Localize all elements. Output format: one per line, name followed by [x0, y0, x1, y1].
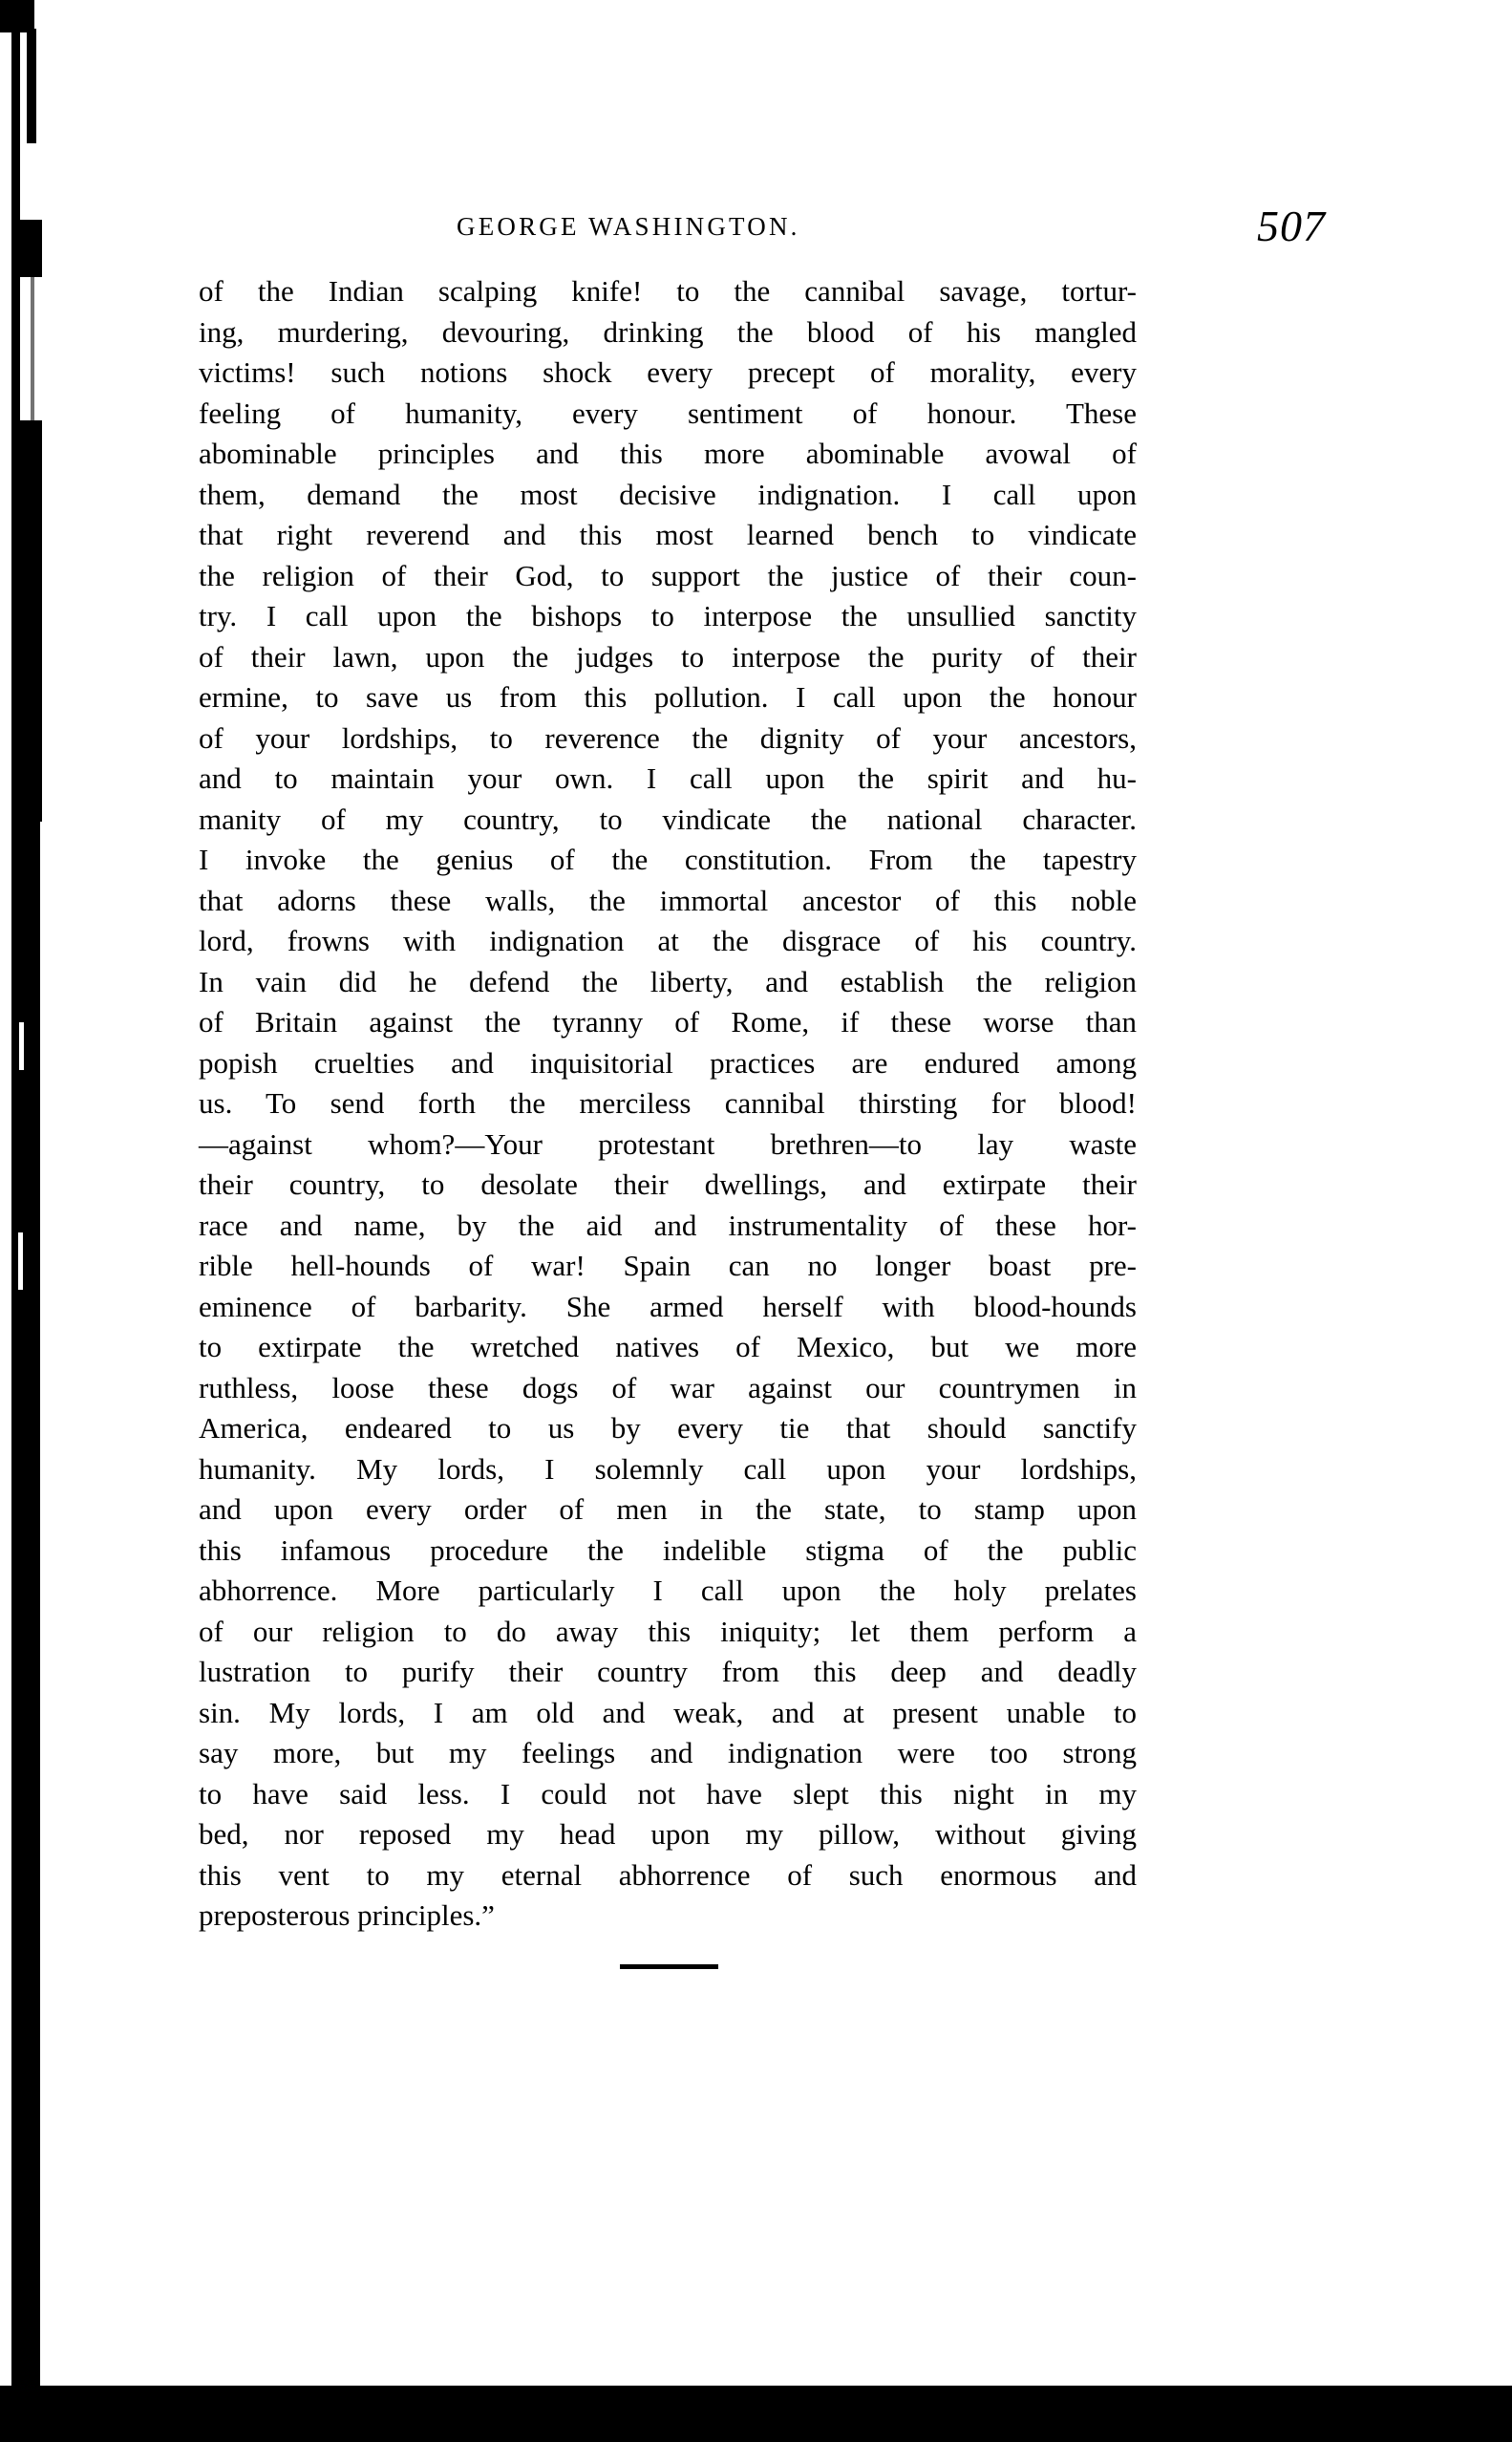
text-line: eminence of barbarity. She armed herself…	[199, 1289, 1137, 1330]
text-line: and to maintain your own. I call upon th…	[199, 760, 1137, 802]
section-end-rule	[620, 1964, 718, 1969]
text-line: sin. My lords, I am old and weak, and at…	[199, 1695, 1137, 1736]
text-line: popish cruelties and inquisitorial pract…	[199, 1045, 1137, 1086]
text-line: America, endeared to us by every tie tha…	[199, 1410, 1137, 1451]
body-text: of the Indian scalping knife! to the can…	[199, 273, 1137, 1939]
text-line: of your lordships, to reverence the dign…	[199, 720, 1137, 761]
text-line: this infamous procedure the indelible st…	[199, 1532, 1137, 1574]
book-page: GEORGE WASHINGTON. 507 of the Indian sca…	[0, 0, 1512, 2442]
text-line: abhorrence. More particularly I call upo…	[199, 1573, 1137, 1614]
text-line: ruthless, loose these dogs of war agains…	[199, 1370, 1137, 1411]
text-line: humanity. My lords, I solemnly call upon…	[199, 1451, 1137, 1492]
scan-edge-gap	[19, 1022, 24, 1070]
text-line: —against whom?—Your protestant brethren—…	[199, 1126, 1137, 1167]
text-line: and upon every order of men in the state…	[199, 1491, 1137, 1532]
scan-binding-edge	[27, 29, 36, 143]
text-line: feeling of humanity, every sentiment of …	[199, 396, 1137, 437]
text-line: of the Indian scalping knife! to the can…	[199, 273, 1137, 314]
text-line: manity of my country, to vindicate the n…	[199, 802, 1137, 843]
text-line: abominable principles and this more abom…	[199, 436, 1137, 477]
text-line: that adorns these walls, the immortal an…	[199, 883, 1137, 924]
text-line: their country, to desolate their dwellin…	[199, 1167, 1137, 1208]
scan-edge-gap	[18, 1232, 23, 1290]
text-line: ing, murdering, devouring, drinking the …	[199, 314, 1137, 355]
text-line: I invoke the genius of the constitution.…	[199, 842, 1137, 883]
text-line: the religion of their God, to support th…	[199, 558, 1137, 599]
page-number: 507	[1257, 203, 1326, 250]
text-line: of their lawn, upon the judges to interp…	[199, 639, 1137, 680]
text-line: this vent to my eternal abhorrence of su…	[199, 1857, 1137, 1898]
text-line: us. To send forth the merciless cannibal…	[199, 1085, 1137, 1126]
text-line: victims! such notions shock every precep…	[199, 354, 1137, 396]
text-line: say more, but my feelings and indignatio…	[199, 1735, 1137, 1776]
scan-binding-edge	[13, 420, 42, 822]
text-line: preposterous principles.”	[199, 1897, 1137, 1939]
text-line: that right reverend and this most learne…	[199, 517, 1137, 558]
scan-bottom-edge	[0, 2386, 1512, 2442]
scan-binding-edge	[31, 277, 34, 420]
text-line: of our religion to do away this iniquity…	[199, 1614, 1137, 1655]
text-line: lustration to purify their country from …	[199, 1654, 1137, 1695]
text-line: In vain did he defend the liberty, and e…	[199, 964, 1137, 1005]
text-line: race and name, by the aid and instrument…	[199, 1208, 1137, 1249]
text-line: to have said less. I could not have slep…	[199, 1776, 1137, 1817]
text-line: them, demand the most decisive indignati…	[199, 477, 1137, 518]
text-line: to extirpate the wretched natives of Mex…	[199, 1329, 1137, 1370]
scan-binding-edge	[0, 0, 34, 32]
text-line: of Britain against the tyranny of Rome, …	[199, 1004, 1137, 1045]
text-line: ermine, to save us from this pollution. …	[199, 679, 1137, 720]
text-line: try. I call upon the bishops to interpos…	[199, 598, 1137, 639]
scan-binding-edge	[11, 822, 40, 2388]
text-line: lord, frowns with indignation at the dis…	[199, 923, 1137, 964]
text-line: rible hell-hounds of war! Spain can no l…	[199, 1248, 1137, 1289]
running-head: GEORGE WASHINGTON.	[457, 212, 888, 241]
text-line: bed, nor reposed my head upon my pillow,…	[199, 1816, 1137, 1857]
scan-binding-edge	[13, 220, 42, 277]
